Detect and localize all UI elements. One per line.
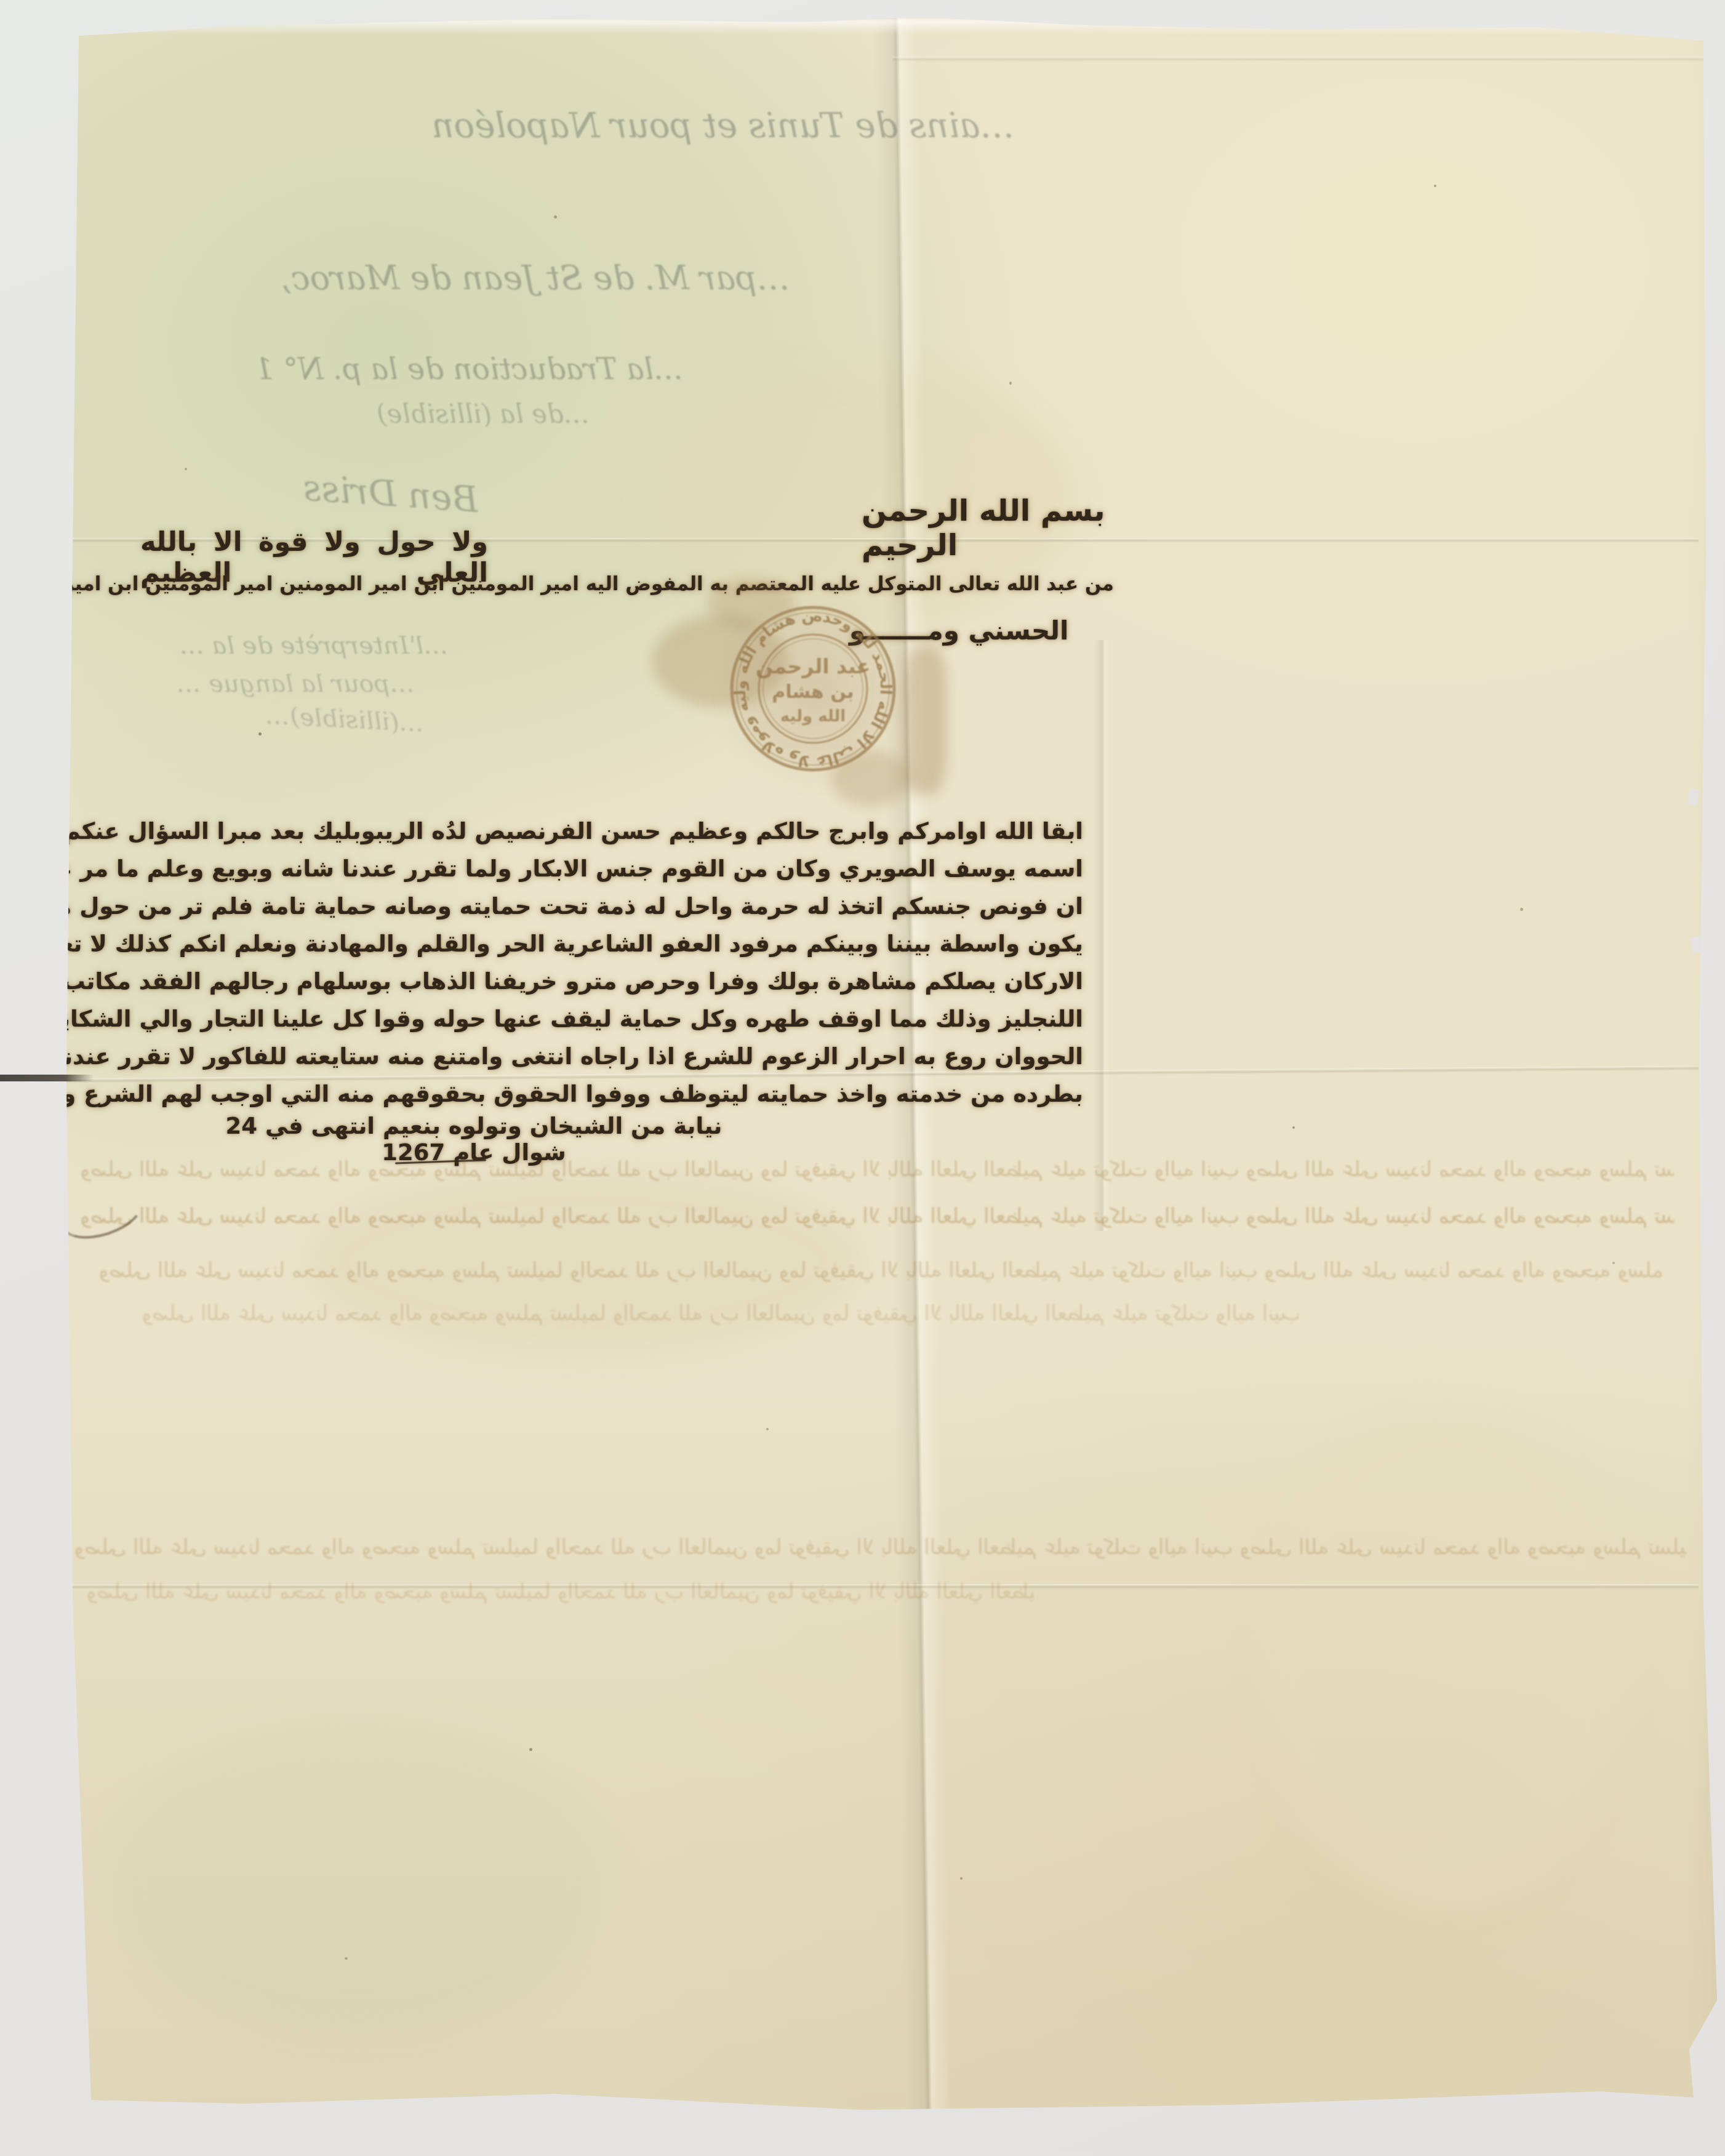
body-text-line: الاركان يصلكم مشاهرة بولك وفرا وحرص مترو… — [58, 964, 1083, 1001]
paper-speck — [345, 1957, 348, 1960]
paper-speck — [960, 1877, 963, 1880]
right-edge-tear-notch — [1690, 936, 1702, 953]
seal-center-inscription: الله وليه — [780, 707, 846, 726]
bleed-through-french-line: …l'Interprète de la … — [157, 631, 471, 660]
scan-background: …ains de Tunis et pour Napoléon …par M. … — [0, 0, 1725, 2156]
paper-speck — [1292, 1126, 1295, 1129]
bleed-through-french-line: …ains de Tunis et pour Napoléon — [142, 106, 1305, 146]
bleed-through-french-line: …par M. de St Jean de Maroc, — [185, 258, 886, 297]
body-text-line: اسمه يوسف الصويري وكان من القوم جنس الاب… — [58, 851, 1083, 888]
bleed-through-french-line: …de la (illisible) — [369, 399, 597, 429]
bleed-through-french-signature: Ben Driss — [202, 460, 579, 527]
sultan-genealogy-line: من عبد الله تعالى المتوكل عليه المعتصم ب… — [36, 564, 1114, 607]
bleed-through-french-line: …la Traduction de la p. N° 1 — [265, 352, 683, 387]
body-text-line: بطرده من خدمته واخذ حمايته ليتوظف ووفوا … — [58, 1076, 1083, 1113]
bleed-through-french-line: …(illisible)… — [209, 699, 481, 741]
body-text-line: يكون واسطة بيننا وبينكم مرفود العفو الشا… — [58, 926, 1083, 963]
body-text-line: ابقا الله اوامركم وابرج حالكم وعظيم حسن … — [58, 814, 1083, 851]
paper-speck — [258, 732, 262, 735]
bleed-through-arabic-band: وصلى الله على سيدنا محمد واله وصحبه وسلم… — [80, 1199, 1674, 1235]
seal-center-inscription: بن هشام — [772, 681, 854, 703]
paper-mottle — [111, 1723, 603, 2031]
bleed-through-arabic-band: وصلى الله على سيدنا محمد واله وصحبه وسلم… — [74, 1530, 1686, 1566]
bleed-through-arabic-band: وصلى الله على سيدنا محمد واله وصحبه وسلم… — [142, 1296, 1299, 1332]
body-text-line: الحووان روع به احرار الزعوم للشرع اذا را… — [58, 1039, 1083, 1076]
paper-speck — [185, 468, 187, 470]
paper-speck — [766, 1428, 769, 1430]
manuscript-paper-sheet: …ains de Tunis et pour Napoléon …par M. … — [0, 0, 1725, 2156]
paper-speck — [1009, 382, 1012, 385]
body-text-line: ان فونص جنسكم اتخذ له حرمة واحل له ذمة ت… — [58, 889, 1083, 926]
ink-offset-curl-mark — [54, 1179, 148, 1248]
basmala-line: بسم الله الرحمن الرحيم — [862, 494, 1108, 563]
horizontal-fold-crease — [892, 57, 1705, 62]
left-edge-fold-shadow-mark — [0, 1075, 94, 1081]
bleed-through-arabic-band: وصلى الله على سيدنا محمد واله وصحبه وسلم… — [86, 1574, 1034, 1610]
vertical-fold-crease-secondary — [1094, 640, 1110, 1231]
paper-speck — [554, 215, 557, 218]
bleed-through-arabic-band: وصلى الله على سيدنا محمد واله وصحبه وسلم… — [80, 1152, 1674, 1188]
bleed-through-french-line: …pour la langue … — [157, 670, 434, 698]
deckle-edge-highlight — [80, 18, 1699, 34]
paper-mottle — [1262, 1416, 1631, 1908]
paper-speck — [1434, 185, 1436, 187]
seal-center-inscription: عبد الرحمن — [756, 654, 870, 679]
body-text-line: اللنجليز وذلك مما اوقف طهره وكل حماية لي… — [58, 1001, 1083, 1038]
paper-speck — [1520, 908, 1523, 911]
paper-speck — [529, 1748, 532, 1751]
sultan-seal-stamp: الحمد لله وحده عبد الرحمن بن هشام الله و… — [729, 604, 897, 773]
bleed-through-arabic-band: وصلى الله على سيدنا محمد واله وصحبه وسلم… — [98, 1253, 1662, 1289]
